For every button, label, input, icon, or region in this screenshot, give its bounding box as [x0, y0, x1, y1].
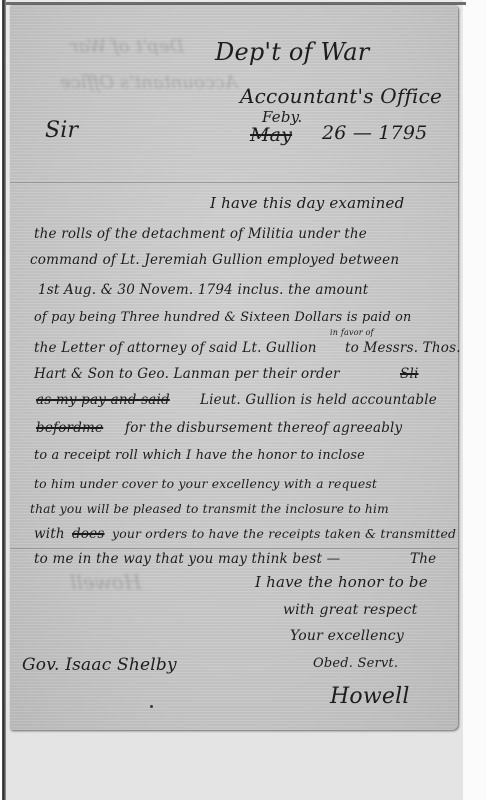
body-line-8: Lieut. Gullion is held accountable	[200, 392, 437, 408]
signature: Howell	[330, 684, 410, 709]
body-line-6: the Letter of attorney of said Lt. Gulli…	[34, 340, 317, 356]
struck-word: does	[72, 526, 105, 542]
body-line-14: to me in the way that you may think best…	[34, 551, 340, 567]
closing-line-4: Obed. Servt.	[313, 656, 398, 671]
body-line-11: to him under cover to your excellency wi…	[34, 476, 377, 491]
ink-spot	[150, 705, 153, 708]
scan-margin	[463, 0, 486, 800]
bleed-through-text: Howell	[70, 570, 141, 594]
addressee: Gov. Isaac Shelby	[22, 655, 177, 675]
fold-crease-upper	[10, 182, 458, 184]
closing-line-1: I have the honor to be	[255, 573, 428, 591]
closing-line-3: Your excellency	[290, 628, 404, 644]
body-line-6-tail: to Messrs. Thos.	[345, 340, 461, 356]
body-line-12: that you will be pleased to transmit the…	[30, 502, 389, 516]
struck-word: befordme	[36, 420, 103, 436]
heading-department: Dep't of War	[215, 38, 369, 66]
body-line-7: Hart & Son to Geo. Lanman per their orde…	[34, 366, 340, 382]
body-line-10: to a receipt roll which I have the honor…	[34, 448, 365, 463]
body-line-14-tail: The	[410, 551, 436, 567]
struck-phrase: as my pay and said	[36, 392, 170, 408]
body-line-13: with	[34, 526, 65, 542]
bleed-through-text: Dep't of War	[70, 36, 184, 57]
heading-date-struck: May	[250, 124, 292, 146]
body-line-4: 1st Aug. & 30 Novem. 1794 inclus. the am…	[38, 282, 368, 298]
body-line-2: the rolls of the detachment of Militia u…	[34, 226, 367, 242]
heading-date: 26 — 1795	[322, 122, 427, 144]
fold-crease-lower	[10, 548, 458, 550]
heading-office: Accountant's Office	[240, 84, 442, 108]
struck-word: Sli	[400, 366, 418, 382]
closing-line-2: with great respect	[283, 602, 417, 618]
body-line-9: for the disbursement thereof agreeably	[125, 420, 402, 436]
salutation: Sir	[45, 118, 78, 143]
body-line-5: of pay being Three hundred & Sixteen Dol…	[34, 310, 411, 325]
body-line-3: command of Lt. Jeremiah Gullion employed…	[30, 252, 399, 268]
scanner-edge	[2, 0, 6, 800]
body-line-13-tail: your orders to have the receipts taken &…	[112, 526, 456, 541]
interlined-insertion: in favor of	[330, 328, 374, 337]
bleed-through-text: Accountant's Office	[60, 72, 238, 93]
body-line-1: I have this day examined	[210, 194, 404, 212]
